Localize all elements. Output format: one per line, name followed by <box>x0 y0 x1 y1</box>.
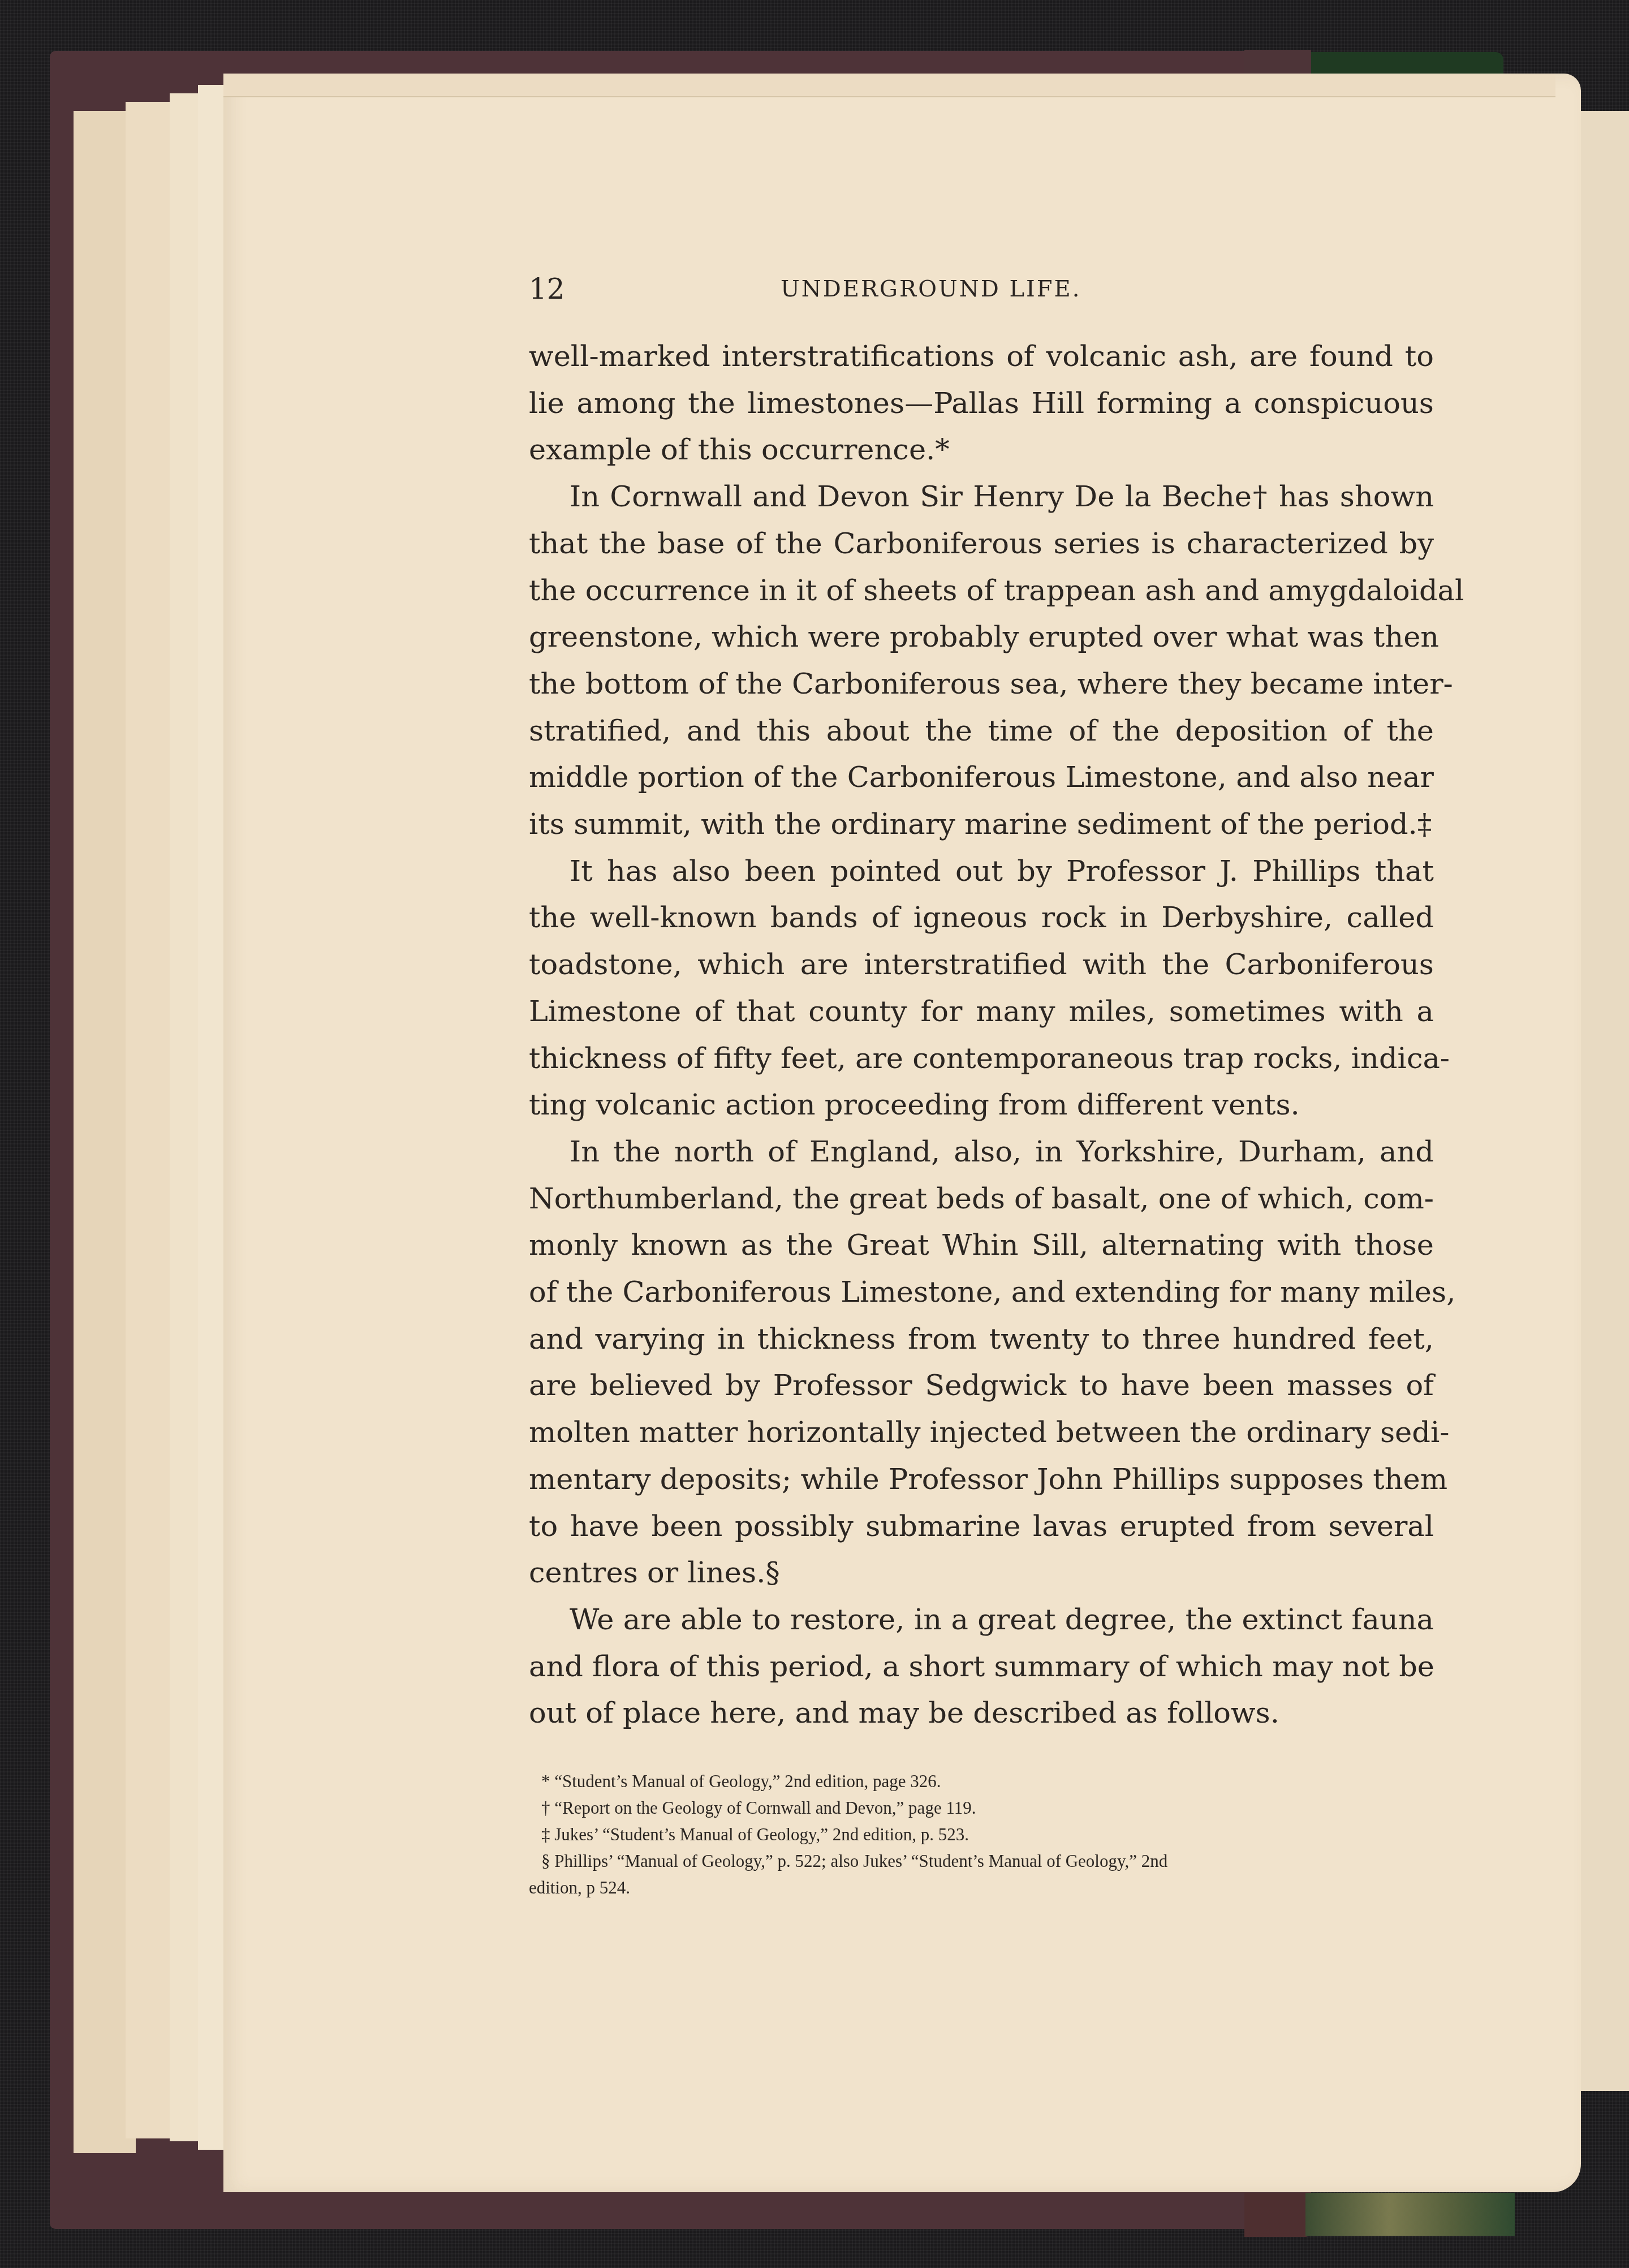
text-line: that the base of the Carboniferous serie… <box>529 521 1434 568</box>
text-line: and flora of this period, a short summar… <box>529 1644 1434 1691</box>
footnote: † “Report on the Geology of Cornwall and… <box>529 1794 1434 1821</box>
text-line: Northumberland, the great beds of basalt… <box>529 1176 1434 1223</box>
text-line: Limestone of that county for many miles,… <box>529 989 1434 1036</box>
next-page-edge <box>1578 111 1629 2091</box>
text-line: the bottom of the Carboniferous sea, whe… <box>529 661 1434 708</box>
text-line: molten matter horizontally injected betw… <box>529 1410 1434 1457</box>
text-line: out of place here, and may be described … <box>529 1690 1434 1737</box>
text-line: middle portion of the Carboniferous Lime… <box>529 755 1434 802</box>
text-line: ting volcanic action proceeding from dif… <box>529 1082 1434 1129</box>
text-line: its summit, with the ordinary marine sed… <box>529 802 1434 849</box>
page-number: 12 <box>529 273 565 305</box>
footnote: ‡ Jukes’ “Student’s Manual of Geology,” … <box>529 1821 1434 1848</box>
text-line: centres or lines.§ <box>529 1550 1434 1597</box>
text-line: the well-known bands of igneous rock in … <box>529 895 1434 942</box>
footnote: edition, p 524. <box>529 1874 1434 1901</box>
body-text: well-marked interstratifications of volc… <box>529 334 1434 1737</box>
text-line: stratified, and this about the time of t… <box>529 708 1434 755</box>
text-line: of the Carboniferous Limestone, and exte… <box>529 1269 1434 1316</box>
text-line: example of this occurrence.* <box>529 427 1434 474</box>
text-line: lie among the limestones—Pallas Hill for… <box>529 381 1434 428</box>
text-line: In the north of England, also, in Yorksh… <box>529 1129 1434 1176</box>
text-line: are believed by Professor Sedgwick to ha… <box>529 1363 1434 1410</box>
text-line: monly known as the Great Whin Sill, alte… <box>529 1223 1434 1269</box>
text-line: It has also been pointed out by Professo… <box>529 849 1434 896</box>
spine-bottom-maroon-band <box>1244 2193 1307 2237</box>
text-line: and varying in thickness from twenty to … <box>529 1316 1434 1363</box>
text-line: the occurrence in it of sheets of trappe… <box>529 568 1434 615</box>
text-line: greenstone, which were probably erupted … <box>529 614 1434 661</box>
page-edge-stack <box>126 102 176 2138</box>
text-line: In Cornwall and Devon Sir Henry De la Be… <box>529 474 1434 521</box>
footnote: * “Student’s Manual of Geology,” 2nd edi… <box>529 1768 1434 1794</box>
page-top-edges <box>223 74 1555 97</box>
text-line: mentary deposits; while Professor John P… <box>529 1457 1434 1504</box>
text-line: thickness of fifty feet, are contemporan… <box>529 1036 1434 1083</box>
footnotes: * “Student’s Manual of Geology,” 2nd edi… <box>529 1768 1434 1901</box>
spine-bottom-green-leather <box>1305 2193 1515 2236</box>
text-line: well-marked interstratifications of volc… <box>529 334 1434 381</box>
text-line: to have been possibly submarine lavas er… <box>529 1504 1434 1551</box>
running-head: UNDERGROUND LIFE. <box>781 276 1081 302</box>
text-line: We are able to restore, in a great degre… <box>529 1597 1434 1644</box>
text-line: toadstone, which are interstratified wit… <box>529 942 1434 989</box>
footnote: § Phillips’ “Manual of Geology,” p. 522;… <box>529 1848 1434 1874</box>
